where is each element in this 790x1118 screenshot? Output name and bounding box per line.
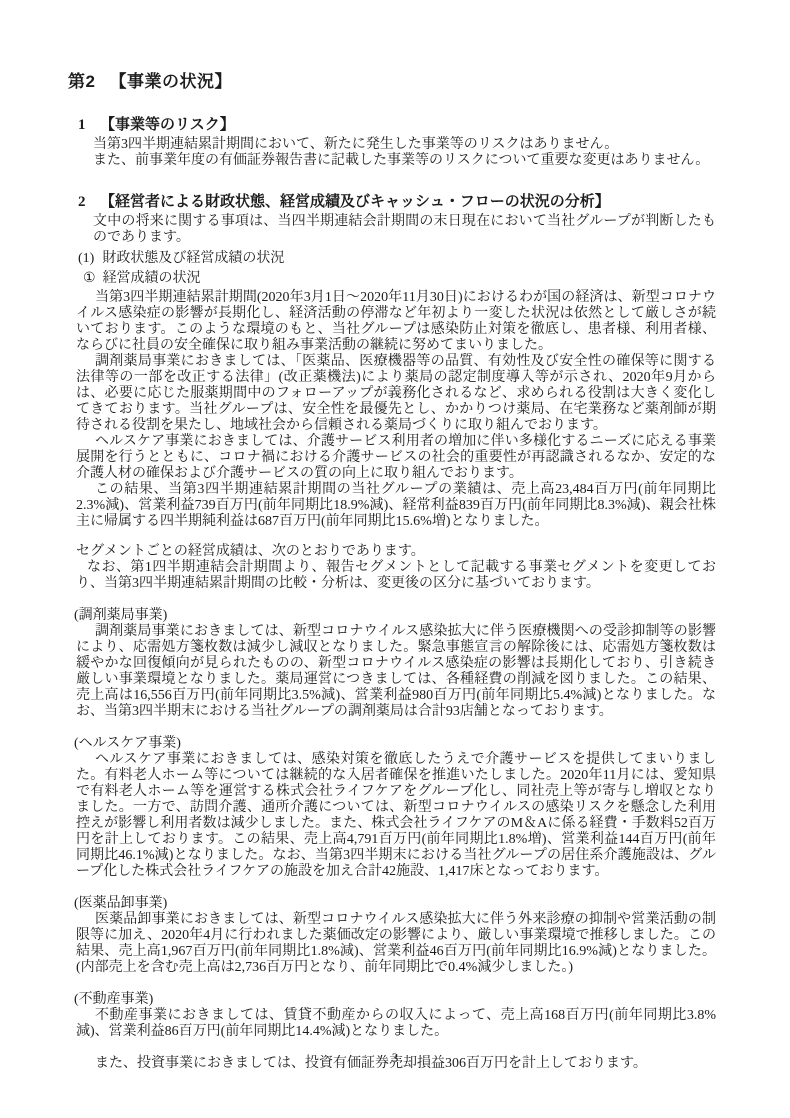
segment-healthcare-heading: (ヘルスケア事業) [74, 736, 790, 752]
segment-healthcare-paragraph: ヘルスケア事業におきましては、感染対策を徹底したうえで介護サービスを提供してまい… [76, 752, 716, 880]
subsection-2-heading: ①経営成績の状況 [83, 271, 790, 287]
segment-note-line-2: なお、第1四半期連結会計期間より、報告セグメントとして記載する事業セグメントを変… [76, 560, 716, 592]
risk-line-2: また、前事業年度の有価証券報告書に記載した事業等のリスクについて重要な変更はあり… [93, 153, 716, 169]
segment-healthcare-body: ヘルスケア事業におきましては、感染対策を徹底したうえで介護サービスを提供してまい… [76, 752, 716, 880]
segment-realestate-paragraph: 不動産事業におきましては、賃貸不動産からの収入によって、売上高168百万円(前年… [76, 1008, 716, 1040]
document-page: 第2【事業の状況】 1【事業等のリスク】 当第3四半期連結累計期間において、新た… [0, 0, 790, 1118]
section-1-number: 1 [78, 116, 100, 135]
section-2-number: 2 [78, 193, 100, 212]
chapter-heading: 第2【事業の状況】 [68, 72, 790, 92]
segment-wholesale-body: 医薬品卸事業におきましては、新型コロナウイルス感染拡大に伴う外来診療の抑制や営業… [76, 912, 716, 976]
segment-realestate-body: 不動産事業におきましては、賃貸不動産からの収入によって、売上高168百万円(前年… [76, 1008, 716, 1040]
segment-note: セグメントごとの経営成績は、次のとおりであります。 なお、第1四半期連結会計期間… [76, 544, 716, 592]
segment-wholesale-heading: (医薬品卸事業) [74, 896, 790, 912]
paragraph-pharmacy-law: 調剤薬局事業におきましては、「医薬品、医療機器等の品質、有効性及び安全性の確保等… [76, 354, 716, 434]
subsection-1-heading: (1)財政状態及び経営成績の状況 [78, 251, 790, 267]
subsection-1-title: 財政状態及び経営成績の状況 [102, 251, 284, 266]
subsection-2-label: ① [83, 271, 96, 287]
paragraph-consolidated-results: この結果、当第3四半期連結累計期間の当社グループの業績は、売上高23,484百万… [76, 482, 716, 530]
section-1-title: 【事業等のリスク】 [100, 117, 235, 133]
segment-pharmacy-body: 調剤薬局事業におきましては、新型コロナウイルス感染拡大に伴う医療機関への受診抑制… [76, 624, 716, 720]
paragraph-healthcare-overview: ヘルスケア事業におきましては、介護サービス利用者の増加に伴い多様化するニーズに応… [76, 434, 716, 482]
analysis-intro: 文中の将来に関する事項は、当四半期連結会計期間の末日現在において当社グループが判… [93, 214, 716, 246]
operating-results-paragraphs: 当第3四半期連結累計期間(2020年3月1日～2020年11月30日)におけるわ… [76, 290, 716, 530]
section-2-heading: 2【経営者による財政状態、経営成績及びキャッシュ・フローの状況の分析】 [78, 193, 790, 212]
risk-line-1: 当第3四半期連結累計期間において、新たに発生した事業等のリスクはありません。 [93, 137, 716, 153]
segment-wholesale-paragraph: 医薬品卸事業におきましては、新型コロナウイルス感染拡大に伴う外来診療の抑制や営業… [76, 912, 716, 976]
segment-pharmacy-heading: (調剤薬局事業) [74, 608, 790, 624]
chapter-number: 第2 [68, 72, 95, 92]
chapter-title: 【事業の状況】 [109, 72, 232, 91]
section-1-heading: 1【事業等のリスク】 [78, 116, 790, 135]
subsection-2-title: 経営成績の状況 [103, 271, 201, 286]
subsection-1-label: (1) [78, 251, 94, 267]
section-2-title: 【経営者による財政状態、経営成績及びキャッシュ・フローの状況の分析】 [100, 194, 610, 210]
paragraph-economy: 当第3四半期連結累計期間(2020年3月1日～2020年11月30日)におけるわ… [76, 290, 716, 354]
risk-paragraphs: 当第3四半期連結累計期間において、新たに発生した事業等のリスクはありません。 ま… [93, 137, 716, 169]
segment-pharmacy-paragraph: 調剤薬局事業におきましては、新型コロナウイルス感染拡大に伴う医療機関への受診抑制… [76, 624, 716, 720]
analysis-intro-line: 文中の将来に関する事項は、当四半期連結会計期間の末日現在において当社グループが判… [93, 214, 716, 246]
page-number: 3 [0, 1050, 790, 1066]
segment-realestate-heading: (不動産事業) [74, 992, 790, 1008]
segment-note-line-1: セグメントごとの経営成績は、次のとおりであります。 [76, 544, 716, 560]
